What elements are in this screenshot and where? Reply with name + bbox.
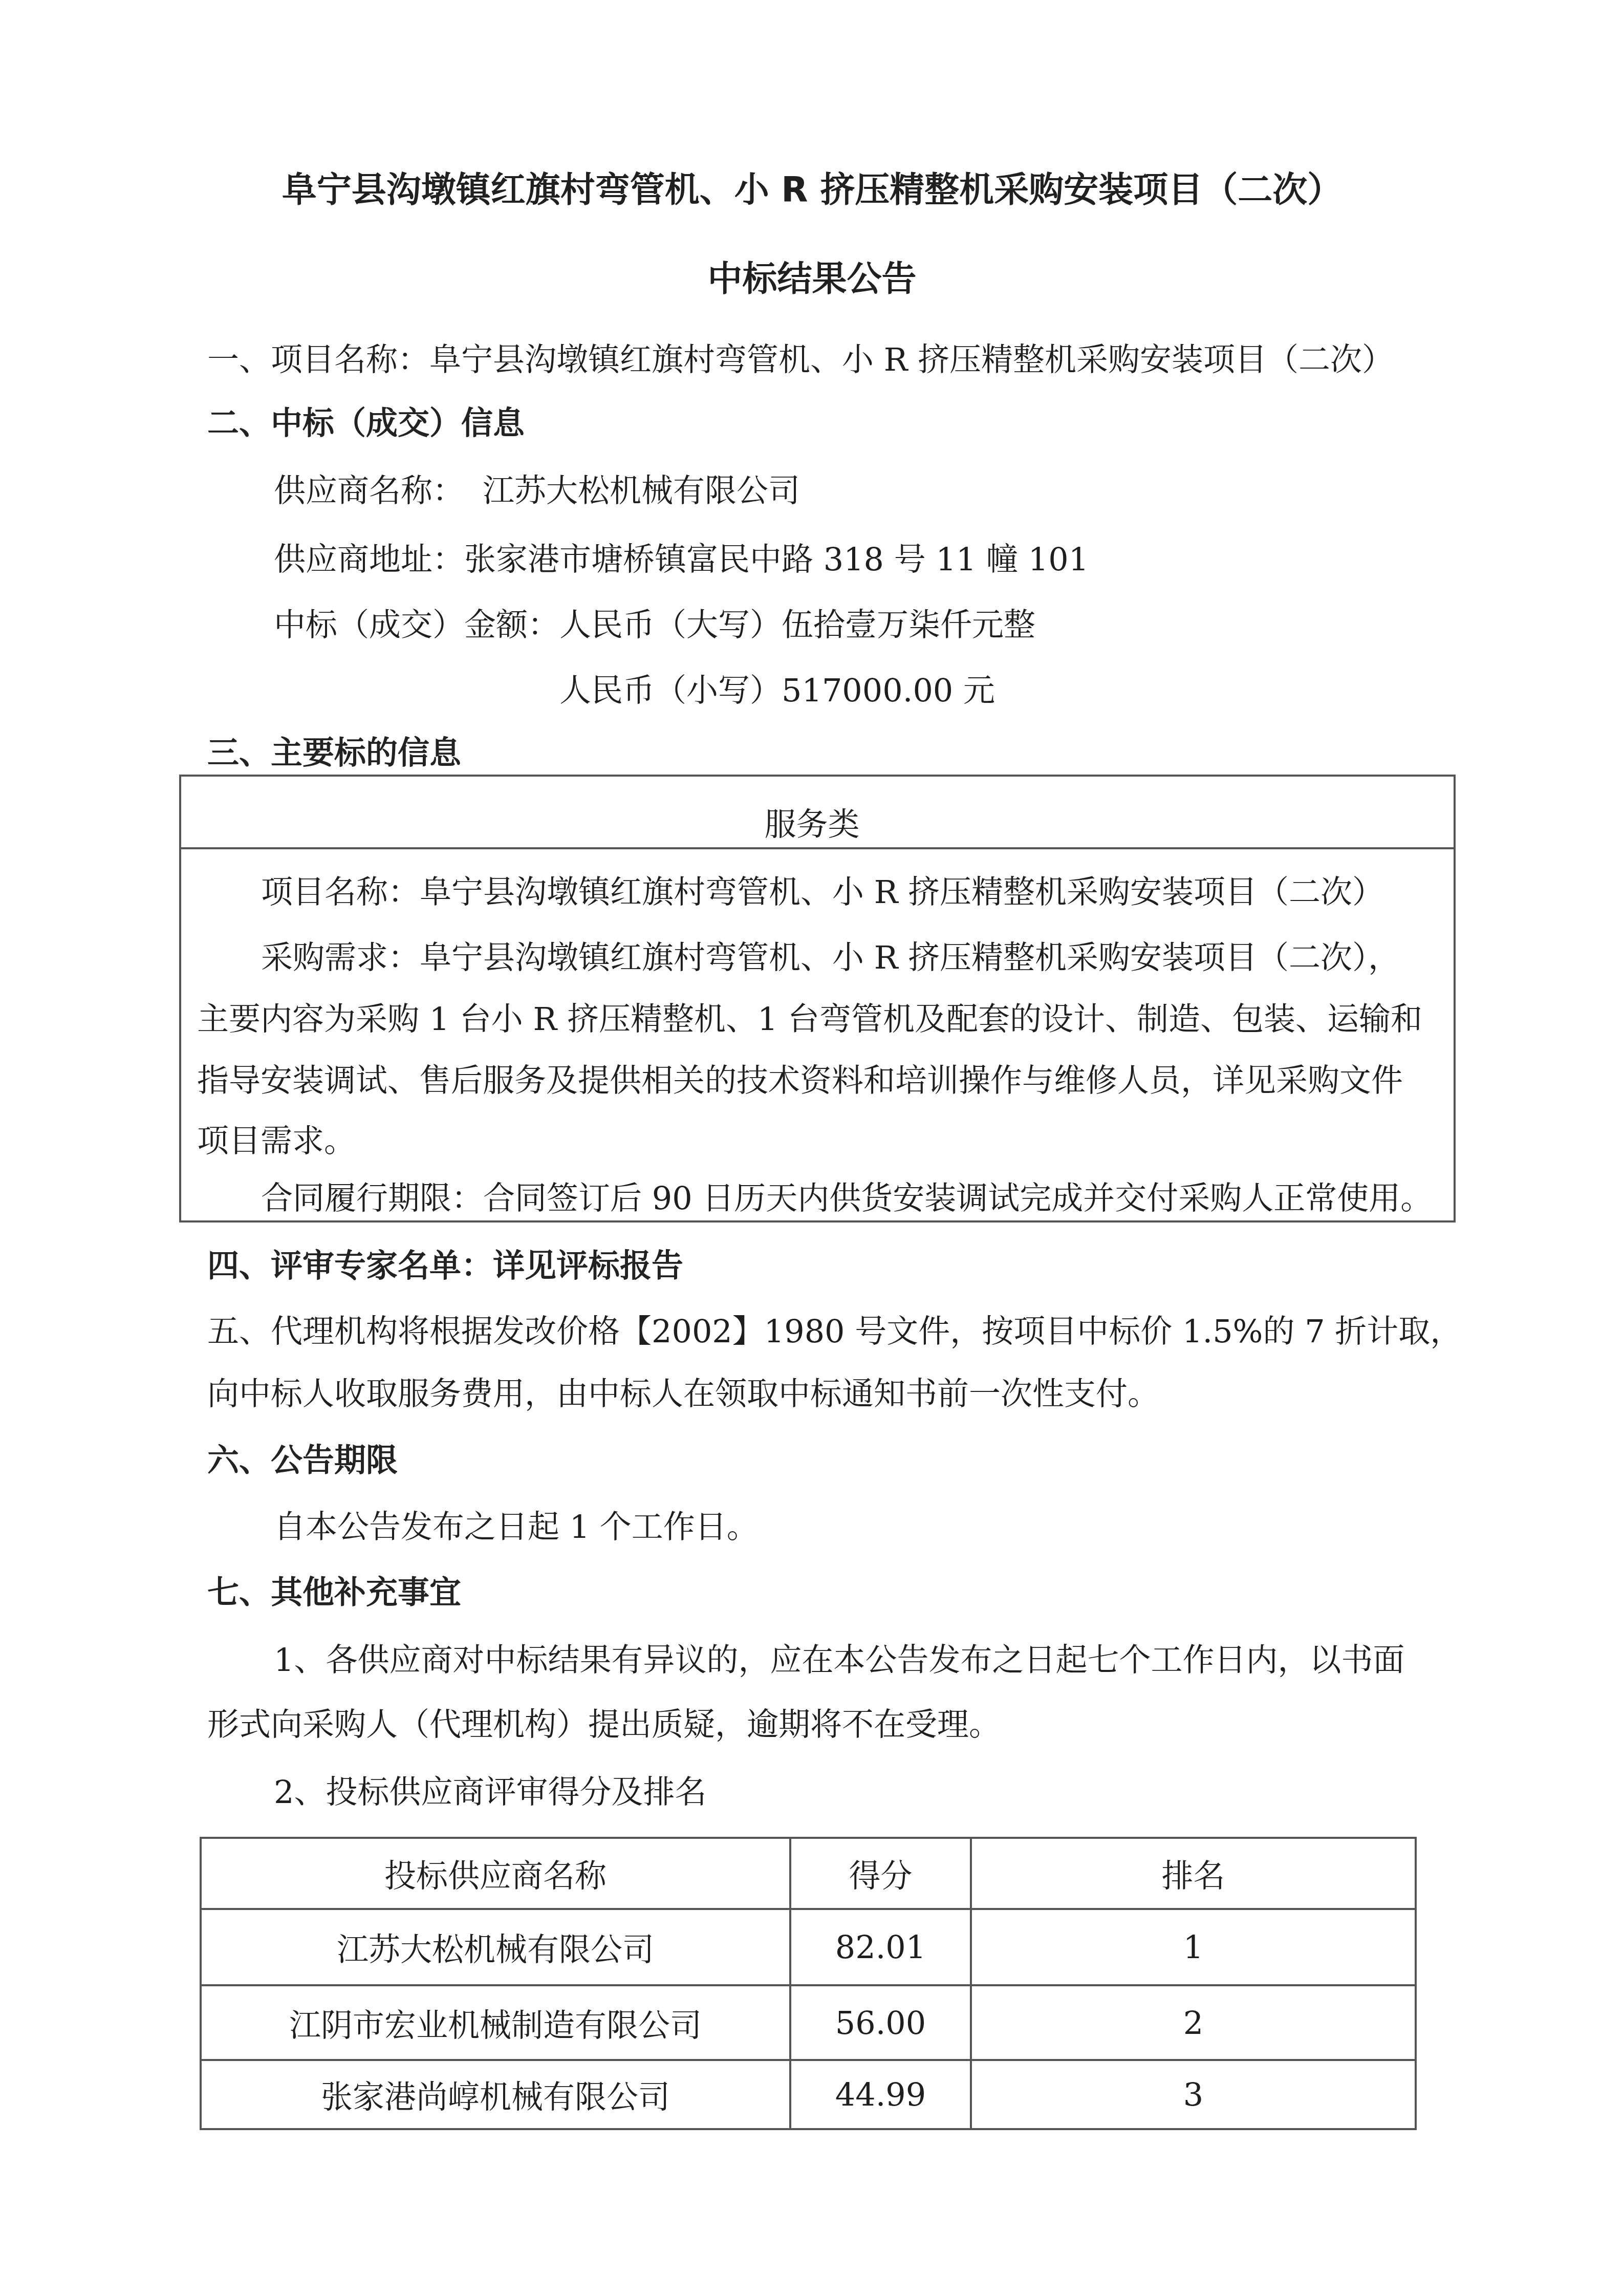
box-header-divider [181, 847, 1454, 849]
subject-project-name: 项目名称：阜宁县沟墩镇红旗村弯管机、小 R 挤压精整机采购安装项目（二次） [261, 876, 1384, 908]
section-notice-period-heading: 六、公告期限 [207, 1445, 398, 1476]
subject-category: 服务类 [0, 809, 1624, 841]
subject-requirement-line: 项目需求。 [197, 1125, 356, 1157]
cell-supplier-name: 张家港尚崞机械有限公司 [201, 2060, 790, 2129]
section-other-heading: 七、其他补充事宜 [207, 1577, 461, 1608]
subject-contract-period: 合同履行期限：合同签订后 90 日历天内供货安装调试完成并交付采购人正常使用。 [261, 1183, 1432, 1214]
section-other-item1-line: 形式向采购人（代理机构）提出质疑，逾期将不在受理。 [207, 1709, 1001, 1741]
cell-rank: 1 [971, 1909, 1416, 1985]
award-amount-row: 中标（成交）金额：人民币（大写）伍拾壹万柒仟元整 [274, 609, 1035, 641]
section-experts: 四、评审专家名单：详见评标报告 [207, 1250, 683, 1282]
cell-score: 82.01 [790, 1909, 971, 1985]
document-title: 阜宁县沟墩镇红旗村弯管机、小 R 挤压精整机采购安装项目（二次） [0, 173, 1624, 208]
supplier-name-value: 江苏大松机械有限公司 [483, 472, 800, 509]
header-score: 得分 [790, 1838, 971, 1909]
subject-requirement-line: 指导安装调试、售后服务及提供相关的技术资料和培训操作与维修人员，详见采购文件 [197, 1065, 1403, 1097]
cell-supplier-name: 江阴市宏业机械制造有限公司 [201, 1985, 790, 2060]
document-subtitle: 中标结果公告 [0, 262, 1624, 297]
cell-rank: 3 [971, 2060, 1416, 2129]
cell-supplier-name: 江苏大松机械有限公司 [201, 1909, 790, 1985]
section-other-item1-line: 1、各供应商对中标结果有异议的，应在本公告发布之日起七个工作日内，以书面 [274, 1644, 1404, 1676]
supplier-address-label: 供应商地址： [274, 541, 464, 578]
header-rank: 排名 [971, 1838, 1416, 1909]
subject-requirement-line: 主要内容为采购 1 台小 R 挤压精整机、1 台弯管机及配套的设计、制造、包装、… [197, 1003, 1422, 1035]
table-row: 江苏大松机械有限公司 82.01 1 [201, 1909, 1416, 1985]
table-row: 张家港尚崞机械有限公司 44.99 3 [201, 2060, 1416, 2129]
award-amount-lower: 人民币（小写）517000.00 元 [559, 675, 995, 706]
section-agency-fee-line: 向中标人收取服务费用，由中标人在领取中标通知书前一次性支付。 [207, 1378, 1159, 1410]
section-award-heading: 二、中标（成交）信息 [207, 407, 525, 439]
header-supplier-name: 投标供应商名称 [201, 1838, 790, 1909]
award-amount-upper: 人民币（大写）伍拾壹万柒仟元整 [559, 606, 1035, 643]
section-agency-fee-line: 五、代理机构将根据发改价格【2002】1980 号文件，按项目中标价 1.5%的… [207, 1316, 1462, 1347]
supplier-name-label: 供应商名称： [274, 472, 464, 509]
table-row: 江阴市宏业机械制造有限公司 56.00 2 [201, 1985, 1416, 2060]
supplier-name-row: 供应商名称：江苏大松机械有限公司 [274, 475, 800, 507]
cell-score: 56.00 [790, 1985, 971, 2060]
section-subject-heading: 三、主要标的信息 [207, 737, 461, 769]
cell-score: 44.99 [790, 2060, 971, 2129]
section-project-name: 一、项目名称：阜宁县沟墩镇红旗村弯管机、小 R 挤压精整机采购安装项目（二次） [207, 344, 1394, 376]
supplier-address-row: 供应商地址：张家港市塘桥镇富民中路 318 号 11 幢 101 [274, 544, 1089, 575]
section-other-item2: 2、投标供应商评审得分及排名 [274, 1776, 706, 1808]
award-amount-label: 中标（成交）金额： [274, 606, 559, 643]
cell-rank: 2 [971, 1985, 1416, 2060]
score-table-header: 投标供应商名称 得分 排名 [201, 1838, 1416, 1909]
section-notice-period-body: 自本公告发布之日起 1 个工作日。 [274, 1511, 759, 1543]
subject-requirement-line: 采购需求：阜宁县沟墩镇红旗村弯管机、小 R 挤压精整机采购安装项目（二次）， [261, 942, 1400, 974]
supplier-address-value: 张家港市塘桥镇富民中路 318 号 11 幢 101 [464, 541, 1089, 578]
score-table: 投标供应商名称 得分 排名 江苏大松机械有限公司 82.01 1 江阴市宏业机械… [200, 1837, 1417, 2130]
